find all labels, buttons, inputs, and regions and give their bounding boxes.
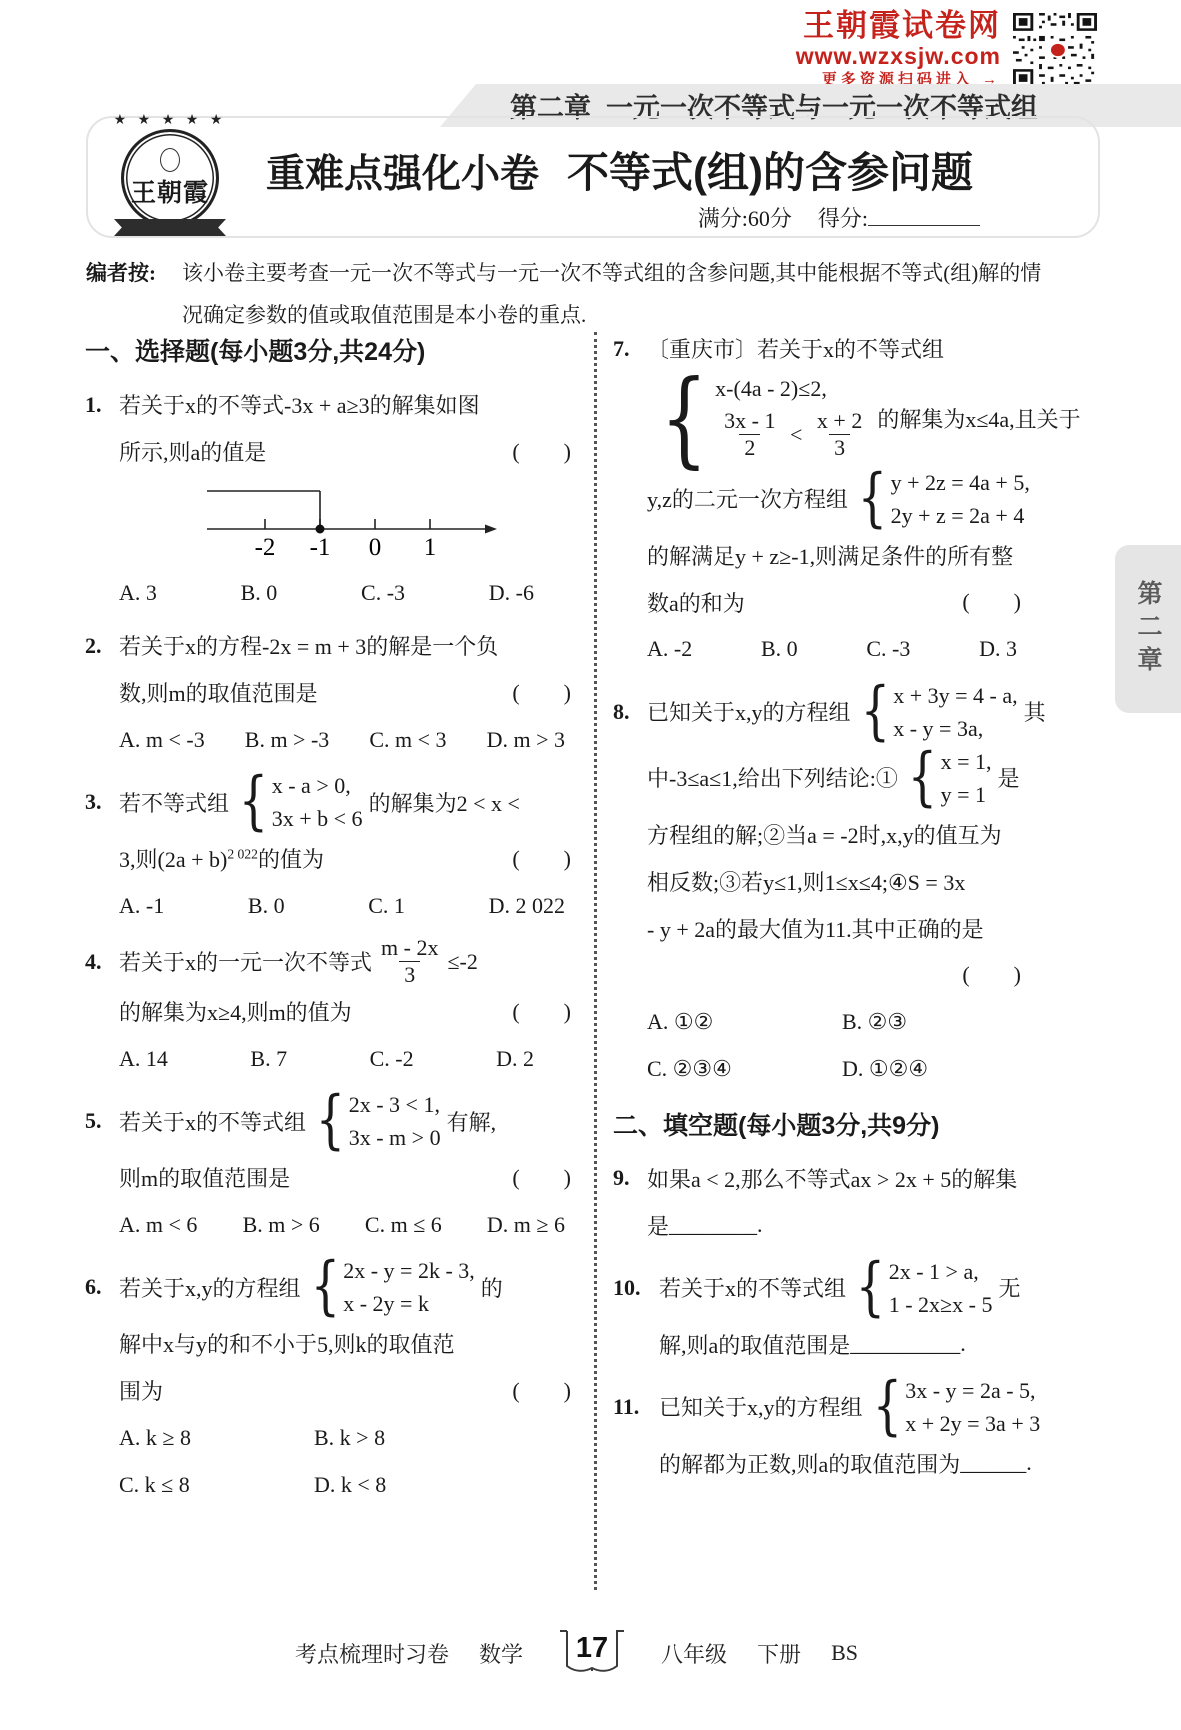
option-a: A. 3: [119, 580, 157, 606]
brand-block: 王朝霞试卷网 www.wzxsjw.com 更多资源扫码进入 →: [796, 10, 1097, 90]
system-row: 3x - 12 < x + 23: [715, 408, 871, 461]
option-b: B. 7: [250, 1046, 287, 1072]
question-text: 数a的和为: [647, 587, 745, 618]
number-line-label: 0: [369, 534, 382, 561]
question-text: 的解都为正数,则a的取值范围为: [659, 1448, 960, 1479]
question-text: 若关于x的方程-2x = m + 3的解是一个负: [119, 630, 498, 661]
fill-blank: __________: [850, 1331, 960, 1357]
section-heading-fill: 二、填空题(每小题3分,共9分): [613, 1099, 1021, 1149]
system-brace: {: [310, 1258, 339, 1316]
question-number: 1.: [85, 392, 119, 418]
question-number: 2.: [85, 633, 119, 659]
question-text: 若关于x,y的方程组: [119, 1272, 301, 1303]
equation-system: {x + 3y = 4 - a,x - y = 3a,: [855, 679, 1018, 745]
question-number: 11.: [613, 1394, 659, 1420]
option-a: A. 14: [119, 1046, 168, 1072]
exponent: 2 022: [227, 847, 258, 862]
option-b: B. k > 8: [314, 1414, 509, 1461]
title-prefix: 重难点强化小卷: [266, 143, 539, 199]
badge-stars-icon: ★ ★ ★ ★ ★: [100, 114, 240, 128]
fill-blank: ______: [960, 1450, 1026, 1476]
fraction: x + 23: [812, 408, 867, 461]
question-text: .: [1026, 1450, 1032, 1476]
system-row: x = 1,: [941, 745, 992, 778]
system-row: x - a > 0,: [272, 769, 351, 802]
question-text: 解,则a的取值范围是: [659, 1329, 850, 1360]
question-text: 中-3≤a≤1,给出下列结论:①: [647, 762, 898, 793]
footer-subject: 数学: [479, 1638, 523, 1669]
question-text: 方程组的解;②当a = -2时,x,y的值互为: [647, 819, 1002, 850]
question-text: 相反数;③若y≤1,则1≤x≤4;④S = 3x: [647, 866, 965, 897]
editor-note-label: 编者按:: [86, 252, 182, 336]
system-brace: {: [316, 1092, 345, 1150]
answer-paren: ( ): [512, 846, 571, 872]
footer-volume: 下册: [757, 1638, 801, 1669]
question-number: 9.: [613, 1165, 647, 1191]
brand-text: 王朝霞试卷网 www.wzxsjw.com 更多资源扫码进入 →: [796, 10, 1001, 90]
page-title: 重难点强化小卷 不等式(组)的含参问题: [266, 140, 973, 200]
full-score-label: 满分:60分: [698, 202, 792, 233]
option-c: C. -2: [370, 1046, 414, 1072]
options-row: A. 3B. 0C. -3D. -6: [119, 569, 534, 616]
system-brace: {: [856, 1259, 885, 1317]
answer-paren: ( ): [962, 962, 1021, 988]
option-d: D. m ≥ 6: [487, 1212, 565, 1238]
side-tab-chapter: 第二章: [1115, 545, 1181, 713]
question-number: 6.: [85, 1274, 119, 1300]
option-b: B. 0: [761, 636, 798, 662]
question-10: 10.若关于x的不等式组{2x - 1 > a,1 - 2x≥x - 5无 解,…: [613, 1255, 1021, 1368]
system-row: x - 2y = k: [343, 1287, 429, 1320]
question-3: 3.若不等式组{x - a > 0,3x + b < 6的解集为2 < x < …: [85, 769, 571, 929]
option-d: D. 2 022: [489, 893, 565, 919]
fraction-denominator: 2: [739, 434, 760, 461]
system-row: 3x + b < 6: [272, 802, 363, 835]
option-a: A. m < -3: [119, 727, 205, 753]
question-text: 的: [481, 1272, 503, 1303]
title-box: ★ ★ ★ ★ ★ 王朝霞 重难点强化小卷 不等式(组)的含参问题 满分:60分…: [86, 116, 1100, 238]
system-row: 1 - 2x≥x - 5: [889, 1288, 993, 1321]
question-text: .: [757, 1212, 763, 1238]
option-c: C. m < 3: [369, 727, 446, 753]
question-text: 如果a < 2,那么不等式ax > 2x + 5的解集: [647, 1163, 1017, 1194]
question-number: 8.: [613, 699, 647, 725]
option-c: C. ②③④: [647, 1046, 842, 1093]
option-c: C. 1: [368, 893, 405, 919]
system-row: 2x - y = 2k - 3,: [343, 1254, 475, 1287]
option-a: A. -1: [119, 893, 164, 919]
options-row: A. m < -3B. m > -3C. m < 3D. m > 3: [119, 716, 565, 763]
system-row: x + 2y = 3a + 3: [905, 1407, 1040, 1440]
system-row: 3x - y = 2a - 5,: [905, 1374, 1035, 1407]
question-text: 若关于x的一元一次不等式: [119, 946, 372, 977]
option-d: D. -6: [489, 580, 534, 606]
question-9: 9.如果a < 2,那么不等式ax > 2x + 5的解集 是________.: [613, 1155, 1021, 1249]
fraction-numerator: m - 2x: [376, 935, 443, 961]
question-text: 已知关于x,y的方程组: [647, 696, 851, 727]
question-text: 无: [998, 1272, 1020, 1303]
brand-badge: ★ ★ ★ ★ ★ 王朝霞: [100, 114, 240, 240]
option-c: C. -3: [361, 580, 405, 606]
question-text: - y + 2a的最大值为11.其中正确的是: [647, 913, 984, 944]
inequality-system: {2x - 3 < 1,3x - m > 0: [310, 1088, 441, 1154]
question-text: 若关于x的不等式-3x + a≥3的解集如图: [119, 389, 480, 420]
answer-paren: ( ): [512, 439, 571, 465]
badge-name: 王朝霞: [131, 173, 209, 209]
system-row: 3x - m > 0: [349, 1121, 441, 1154]
inequality-system: {x-(4a - 2)≤2,3x - 12 < x + 23: [651, 372, 871, 466]
options-row: A. -1B. 0C. 1D. 2 022: [119, 882, 565, 929]
question-1: 1.若关于x的不等式-3x + a≥3的解集如图 所示,则a的值是( ) -2 …: [85, 381, 571, 616]
question-text: 围为: [119, 1375, 163, 1406]
page-footer: 考点梳理时习卷 数学 17 八年级 下册 BS: [295, 1626, 858, 1680]
question-text: 若不等式组: [119, 787, 229, 818]
question-text: y,z的二元一次方程组: [647, 483, 848, 514]
system-row: 2x - 1 > a,: [889, 1255, 979, 1288]
score-blank: [868, 205, 980, 226]
option-a: A. -2: [647, 636, 692, 662]
option-c: C. m ≤ 6: [365, 1212, 442, 1238]
system-brace: {: [872, 1378, 901, 1436]
question-text: 3,则(2a + b)2 022的值为: [119, 843, 324, 874]
inequality-system: {x - a > 0,3x + b < 6: [233, 769, 363, 835]
number-line-label: -1: [310, 534, 331, 561]
title-main: 不等式(组)的含参问题: [567, 140, 973, 200]
option-c: C. k ≤ 8: [119, 1461, 314, 1508]
option-d: D. ①②④: [842, 1046, 1037, 1093]
options-row: A. m < 6B. m > 6C. m ≤ 6D. m ≥ 6: [119, 1201, 565, 1248]
question-text: 其: [1024, 696, 1046, 727]
question-text: .: [960, 1331, 966, 1357]
option-b: B. 0: [248, 893, 285, 919]
right-column: 7.〔重庆市〕若关于x的不等式组 {x-(4a - 2)≤2,3x - 12 <…: [613, 325, 1021, 1493]
options-grid: A. ①②B. ②③C. ②③④D. ①②④: [647, 999, 1037, 1093]
page-number-book-icon: 17: [557, 1626, 627, 1680]
answer-paren: ( ): [512, 1378, 571, 1404]
option-b: B. m > -3: [245, 727, 330, 753]
equation-system: {y + 2z = 4a + 5,2y + z = 2a + 4: [852, 466, 1030, 532]
score-field: 得分:: [818, 202, 980, 233]
question-text: 有解,: [447, 1106, 497, 1137]
qr-code-icon: [1013, 13, 1097, 87]
question-text: 是: [998, 762, 1020, 793]
inequality-system: {2x - 1 > a,1 - 2x≥x - 5: [850, 1255, 992, 1321]
system-row: y = 1: [941, 778, 986, 811]
column-divider: [594, 332, 597, 1590]
fraction: 3x - 12: [719, 408, 780, 461]
option-b: B. ②③: [842, 999, 1037, 1046]
fraction-denominator: 3: [829, 434, 850, 461]
option-b: B. m > 6: [243, 1212, 320, 1238]
left-column: 一、选择题(每小题3分,共24分) 1.若关于x的不等式-3x + a≥3的解集…: [85, 325, 571, 1514]
question-number: 10.: [613, 1275, 659, 1301]
section-heading-choice: 一、选择题(每小题3分,共24分): [85, 325, 571, 375]
question-text: 则m的取值范围是: [119, 1162, 290, 1193]
question-8: 8.已知关于x,y的方程组{x + 3y = 4 - a,x - y = 3a,…: [613, 679, 1021, 1093]
system-brace: {: [908, 749, 937, 807]
fraction-numerator: x + 2: [812, 408, 867, 434]
question-text: 解中x与y的和不小于5,则k的取值范: [119, 1328, 455, 1359]
score-label: 得分:: [818, 206, 868, 231]
editor-note-content: 该小卷主要考查一元一次不等式与一元一次不等式组的含参问题,其中能根据不等式(组)…: [182, 252, 1048, 336]
equation-system: {x = 1,y = 1: [902, 745, 992, 811]
number-line-figure: -2 -1 0 1: [195, 477, 505, 561]
option-d: D. k < 8: [314, 1461, 509, 1508]
option-d: D. 2: [496, 1046, 534, 1072]
question-11: 11.已知关于x,y的方程组{3x - y = 2a - 5,x + 2y = …: [613, 1374, 1021, 1487]
badge-ribbon-icon: [114, 219, 226, 236]
badge-circle: 王朝霞: [121, 129, 219, 227]
answer-paren: ( ): [512, 680, 571, 706]
system-row: x-(4a - 2)≤2,: [715, 376, 827, 402]
options-row: A. -2B. 0C. -3D. 3: [647, 626, 1017, 673]
fraction-numerator: 3x - 1: [719, 408, 780, 434]
editor-note: 编者按: 该小卷主要考查一元一次不等式与一元一次不等式组的含参问题,其中能根据不…: [86, 252, 1066, 336]
option-c: C. -3: [866, 636, 910, 662]
question-number: 7.: [613, 336, 647, 362]
question-number: 3.: [85, 789, 119, 815]
system-row: x + 3y = 4 - a,: [893, 679, 1017, 712]
options-row: A. 14B. 7C. -2D. 2: [119, 1035, 534, 1082]
question-text: 的解集为x≤4a,且关于: [877, 403, 1080, 434]
system-row: 2x - 3 < 1,: [349, 1088, 440, 1121]
option-d: D. m > 3: [487, 727, 565, 753]
question-2: 2.若关于x的方程-2x = m + 3的解是一个负 数,则m的取值范围是( )…: [85, 622, 571, 763]
question-text: 已知关于x,y的方程组: [659, 1391, 863, 1422]
brand-name: 王朝霞试卷网: [796, 10, 1001, 43]
option-d: D. 3: [979, 636, 1017, 662]
system-row: y + 2z = 4a + 5,: [891, 466, 1030, 499]
footer-series: 考点梳理时习卷: [295, 1638, 449, 1669]
equation-system: {3x - y = 2a - 5,x + 2y = 3a + 3: [867, 1374, 1041, 1440]
option-a: A. k ≥ 8: [119, 1414, 314, 1461]
system-brace: {: [660, 372, 708, 466]
question-number: 4.: [85, 949, 119, 975]
footer-grade: 八年级: [661, 1638, 727, 1669]
system-brace: {: [860, 683, 889, 741]
question-text: ≤-2: [447, 949, 477, 975]
question-text: 若关于x的不等式组: [659, 1272, 846, 1303]
brand-url: www.wzxsjw.com: [796, 43, 1001, 69]
footer-edition: BS: [831, 1640, 858, 1666]
question-text: 所示,则a的值是: [119, 436, 266, 467]
system-brace: {: [239, 773, 268, 831]
fill-blank: ________: [669, 1212, 757, 1238]
answer-paren: ( ): [512, 1165, 571, 1191]
less-than: <: [785, 422, 808, 448]
fraction-denominator: 3: [399, 961, 420, 988]
question-5: 5.若关于x的不等式组{2x - 3 < 1,3x - m > 0有解, 则m的…: [85, 1088, 571, 1248]
options-grid: A. k ≥ 8B. k > 8C. k ≤ 8D. k < 8: [119, 1414, 509, 1508]
question-7: 7.〔重庆市〕若关于x的不等式组 {x-(4a - 2)≤2,3x - 12 <…: [613, 325, 1021, 673]
number-line-label: 1: [424, 534, 437, 561]
number-line-label: -2: [255, 534, 276, 561]
question-text: 若关于x的不等式组: [119, 1106, 306, 1137]
page-number: 17: [576, 1632, 608, 1664]
equation-system: {2x - y = 2k - 3,x - 2y = k: [305, 1254, 475, 1320]
question-text: 是: [647, 1210, 669, 1241]
answer-paren: ( ): [962, 589, 1021, 615]
score-line: 满分:60分 得分:: [698, 202, 980, 233]
fraction: m - 2x3: [376, 935, 443, 988]
question-number: 5.: [85, 1108, 119, 1134]
question-6: 6.若关于x,y的方程组{2x - y = 2k - 3,x - 2y = k的…: [85, 1254, 571, 1508]
question-text: 的解集为2 < x <: [369, 787, 520, 818]
question-text: 的解满足y + z≥-1,则满足条件的所有整: [647, 540, 1013, 571]
option-b: B. 0: [241, 580, 278, 606]
system-row: 2y + z = 2a + 4: [891, 499, 1025, 532]
option-a: A. m < 6: [119, 1212, 197, 1238]
question-text: 的解集为x≥4,则m的值为: [119, 996, 352, 1027]
badge-portrait-icon: [160, 148, 180, 172]
answer-paren: ( ): [512, 999, 571, 1025]
question-text: 数,则m的取值范围是: [119, 677, 318, 708]
side-tab-label: 第二章: [1130, 580, 1166, 679]
system-brace: {: [858, 470, 887, 528]
question-4: 4.若关于x的一元一次不等式m - 2x3≤-2 的解集为x≥4,则m的值为( …: [85, 935, 571, 1082]
option-a: A. ①②: [647, 999, 842, 1046]
